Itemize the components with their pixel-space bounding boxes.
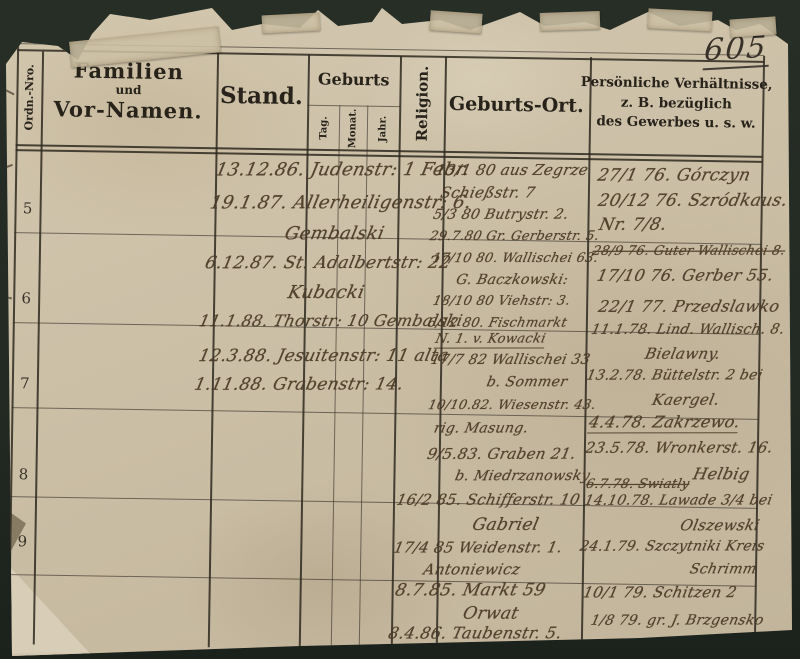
handwritten-entry: 1.11.88. Grabenstr: 14. [192, 374, 405, 394]
handwritten-entry: 17/7 82 Wallischei 33 [429, 352, 591, 368]
handwritten-entry: 8.4.86. Taubenstr. 5. [387, 623, 564, 642]
handwritten-entry: 13.2.78. Büttelstr. 2 bei [585, 367, 764, 383]
row-number: 9 [17, 532, 27, 550]
row-number: 6 [21, 289, 31, 307]
column-header-verhaeltnisse-line2: z. B. bezüglich [621, 95, 732, 113]
handwritten-entry: 20/12 76. Szródkaus. [596, 191, 789, 211]
handwritten-entry: 29.7.80 Gr. Gerberstr. 5. [428, 229, 600, 244]
column-header-familien-line2: und [115, 83, 141, 97]
tape-piece [648, 8, 713, 31]
column-header-familien-line3: Vor-Namen. [53, 96, 202, 123]
row-number: 5 [23, 199, 33, 217]
handwritten-entry: Antoniewicz [422, 560, 522, 578]
column-header-geburts-jahr: Jahr. [377, 116, 388, 142]
handwritten-entry: 17/10 80. Wallischei 63. [431, 251, 600, 266]
column-header-stand: Stand. [220, 82, 303, 110]
handwritten-entry: b. Sommer [485, 374, 569, 390]
handwritten-entry: 17/10 76. Gerber 55. [595, 266, 775, 285]
handwritten-entry: 27/1 76. Górczyn [596, 165, 753, 185]
scanned-document-page: Ordn.-Nro. Familien und Vor-Namen. Stand… [0, 0, 800, 659]
handwritten-entry: Nr. 7/8. [597, 215, 669, 235]
handwritten-entry: Kycia [479, 643, 525, 659]
handwritten-entry: Orwat [461, 604, 521, 624]
handwritten-entry: Gembalski [283, 223, 387, 244]
tape-piece [729, 16, 776, 37]
column-header-ordnungs-nro: Ordn.-Nro. [22, 64, 36, 130]
handwritten-entry: 13.12.86. Judenstr: 1 Febr. [214, 159, 472, 180]
handwritten-entry: 9/5.83. Graben 21. [426, 445, 578, 463]
handwritten-entry: Kaergel. [651, 391, 722, 409]
handwritten-entry: Olszewski [679, 516, 762, 534]
column-header-geburts-group: Geburts [318, 69, 390, 89]
handwritten-entry: 28/9 76. Guter Wallischei 8. [591, 244, 787, 259]
handwritten-entry: 23.5.78. Wronkerst. 16. [584, 438, 775, 456]
handwritten-entry: b. Zirke [689, 635, 751, 651]
column-header-verhaeltnisse-line3: des Gewerbes u. s. w. [596, 113, 756, 131]
grid-line [33, 52, 44, 645]
tape-piece [262, 12, 321, 33]
handwritten-entry: 10/10.82. Wiesenstr. 43. [427, 398, 598, 413]
handwritten-entry: 16/2 85. Schifferstr. 10 [395, 490, 582, 508]
column-header-geburts-tag: Tag. [318, 116, 329, 140]
handwritten-entry: 13/1 80 aus Zegrze [434, 161, 590, 179]
grid-line [307, 105, 400, 107]
table-layer: Ordn.-Nro. Familien und Vor-Namen. Stand… [0, 0, 800, 659]
handwritten-entry: 12.3.88. Jesuitenstr: 11 alta [197, 346, 451, 366]
paper-sheet: Ordn.-Nro. Familien und Vor-Namen. Stand… [0, 0, 800, 659]
handwritten-entry: 1/8 79. gr. J. Brzgensko [589, 612, 765, 628]
handwritten-entry: Schießstr. 7 [439, 184, 537, 202]
handwritten-entry: rig. Masung. [432, 420, 530, 436]
handwritten-entry: 4.4.78. Zakrzewo. [587, 412, 742, 433]
handwritten-entry: Bielawny. [643, 345, 722, 363]
handwritten-entry: N. 1. v. Kowacki [434, 332, 548, 349]
handwritten-entry: Gabriel [470, 515, 540, 535]
handwritten-entry: 17/4 85 Weidenstr. 1. [392, 538, 564, 556]
grid-line [8, 46, 19, 642]
column-header-religion: Religion. [413, 66, 432, 142]
handwritten-entry: 18/10 80 Viehstr: 3. [431, 294, 571, 309]
handwritten-entry: b. Miedrzanowsky [454, 468, 592, 484]
handwritten-entry: 24.1.79. Szczytniki Kreis [578, 538, 766, 554]
handwritten-entry: 6/12 80. Fischmarkt [426, 316, 568, 331]
handwritten-entry: Helbig [691, 464, 751, 483]
row-number-layer: 56789 [1, 0, 800, 6]
handwritten-entry: 11.1.88. Thorstr: 10 Gembalski [197, 311, 464, 330]
handwritten-entry: 8.7.85. Markt 59 [393, 580, 547, 600]
handwritten-entry: 5/3 80 Butrystr. 2. [432, 207, 571, 223]
column-header-verhaeltnisse-line1: Persönliche Verhältnisse, [581, 74, 773, 93]
column-header-geburts-ort: Geburts-Ort. [449, 93, 584, 117]
handwritten-entry: Schrimm [688, 561, 758, 577]
tape-piece [429, 10, 482, 34]
handwritten-entry: Kubacki [286, 282, 366, 303]
row-number: 8 [19, 465, 29, 483]
row-number: 7 [20, 374, 30, 392]
handwritten-entry: 6.12.87. St. Adalbertstr: 22 [203, 253, 453, 273]
handwritten-entry: 22/1 77. Przedslawko [597, 297, 782, 316]
handwritten-entry: 6.7.78. Swiatly [585, 477, 691, 492]
handwritten-entry: 14.10.78. Lawade 3/4 bei [583, 492, 774, 508]
handwriting-layer: 13.12.86. Judenstr: 1 Febr.19.1.87. Alle… [1, 0, 800, 6]
grid-line [754, 56, 765, 644]
handwritten-entry: 10/1 79. Schitzen 2 [581, 583, 738, 601]
handwritten-entry: 11.1.78. Lind. Wallisch. 8. [590, 322, 786, 338]
handwritten-entry: G. Baczkowski: [455, 272, 570, 288]
tape-piece [540, 11, 601, 31]
column-header-geburts-monat: Monat. [347, 109, 359, 149]
